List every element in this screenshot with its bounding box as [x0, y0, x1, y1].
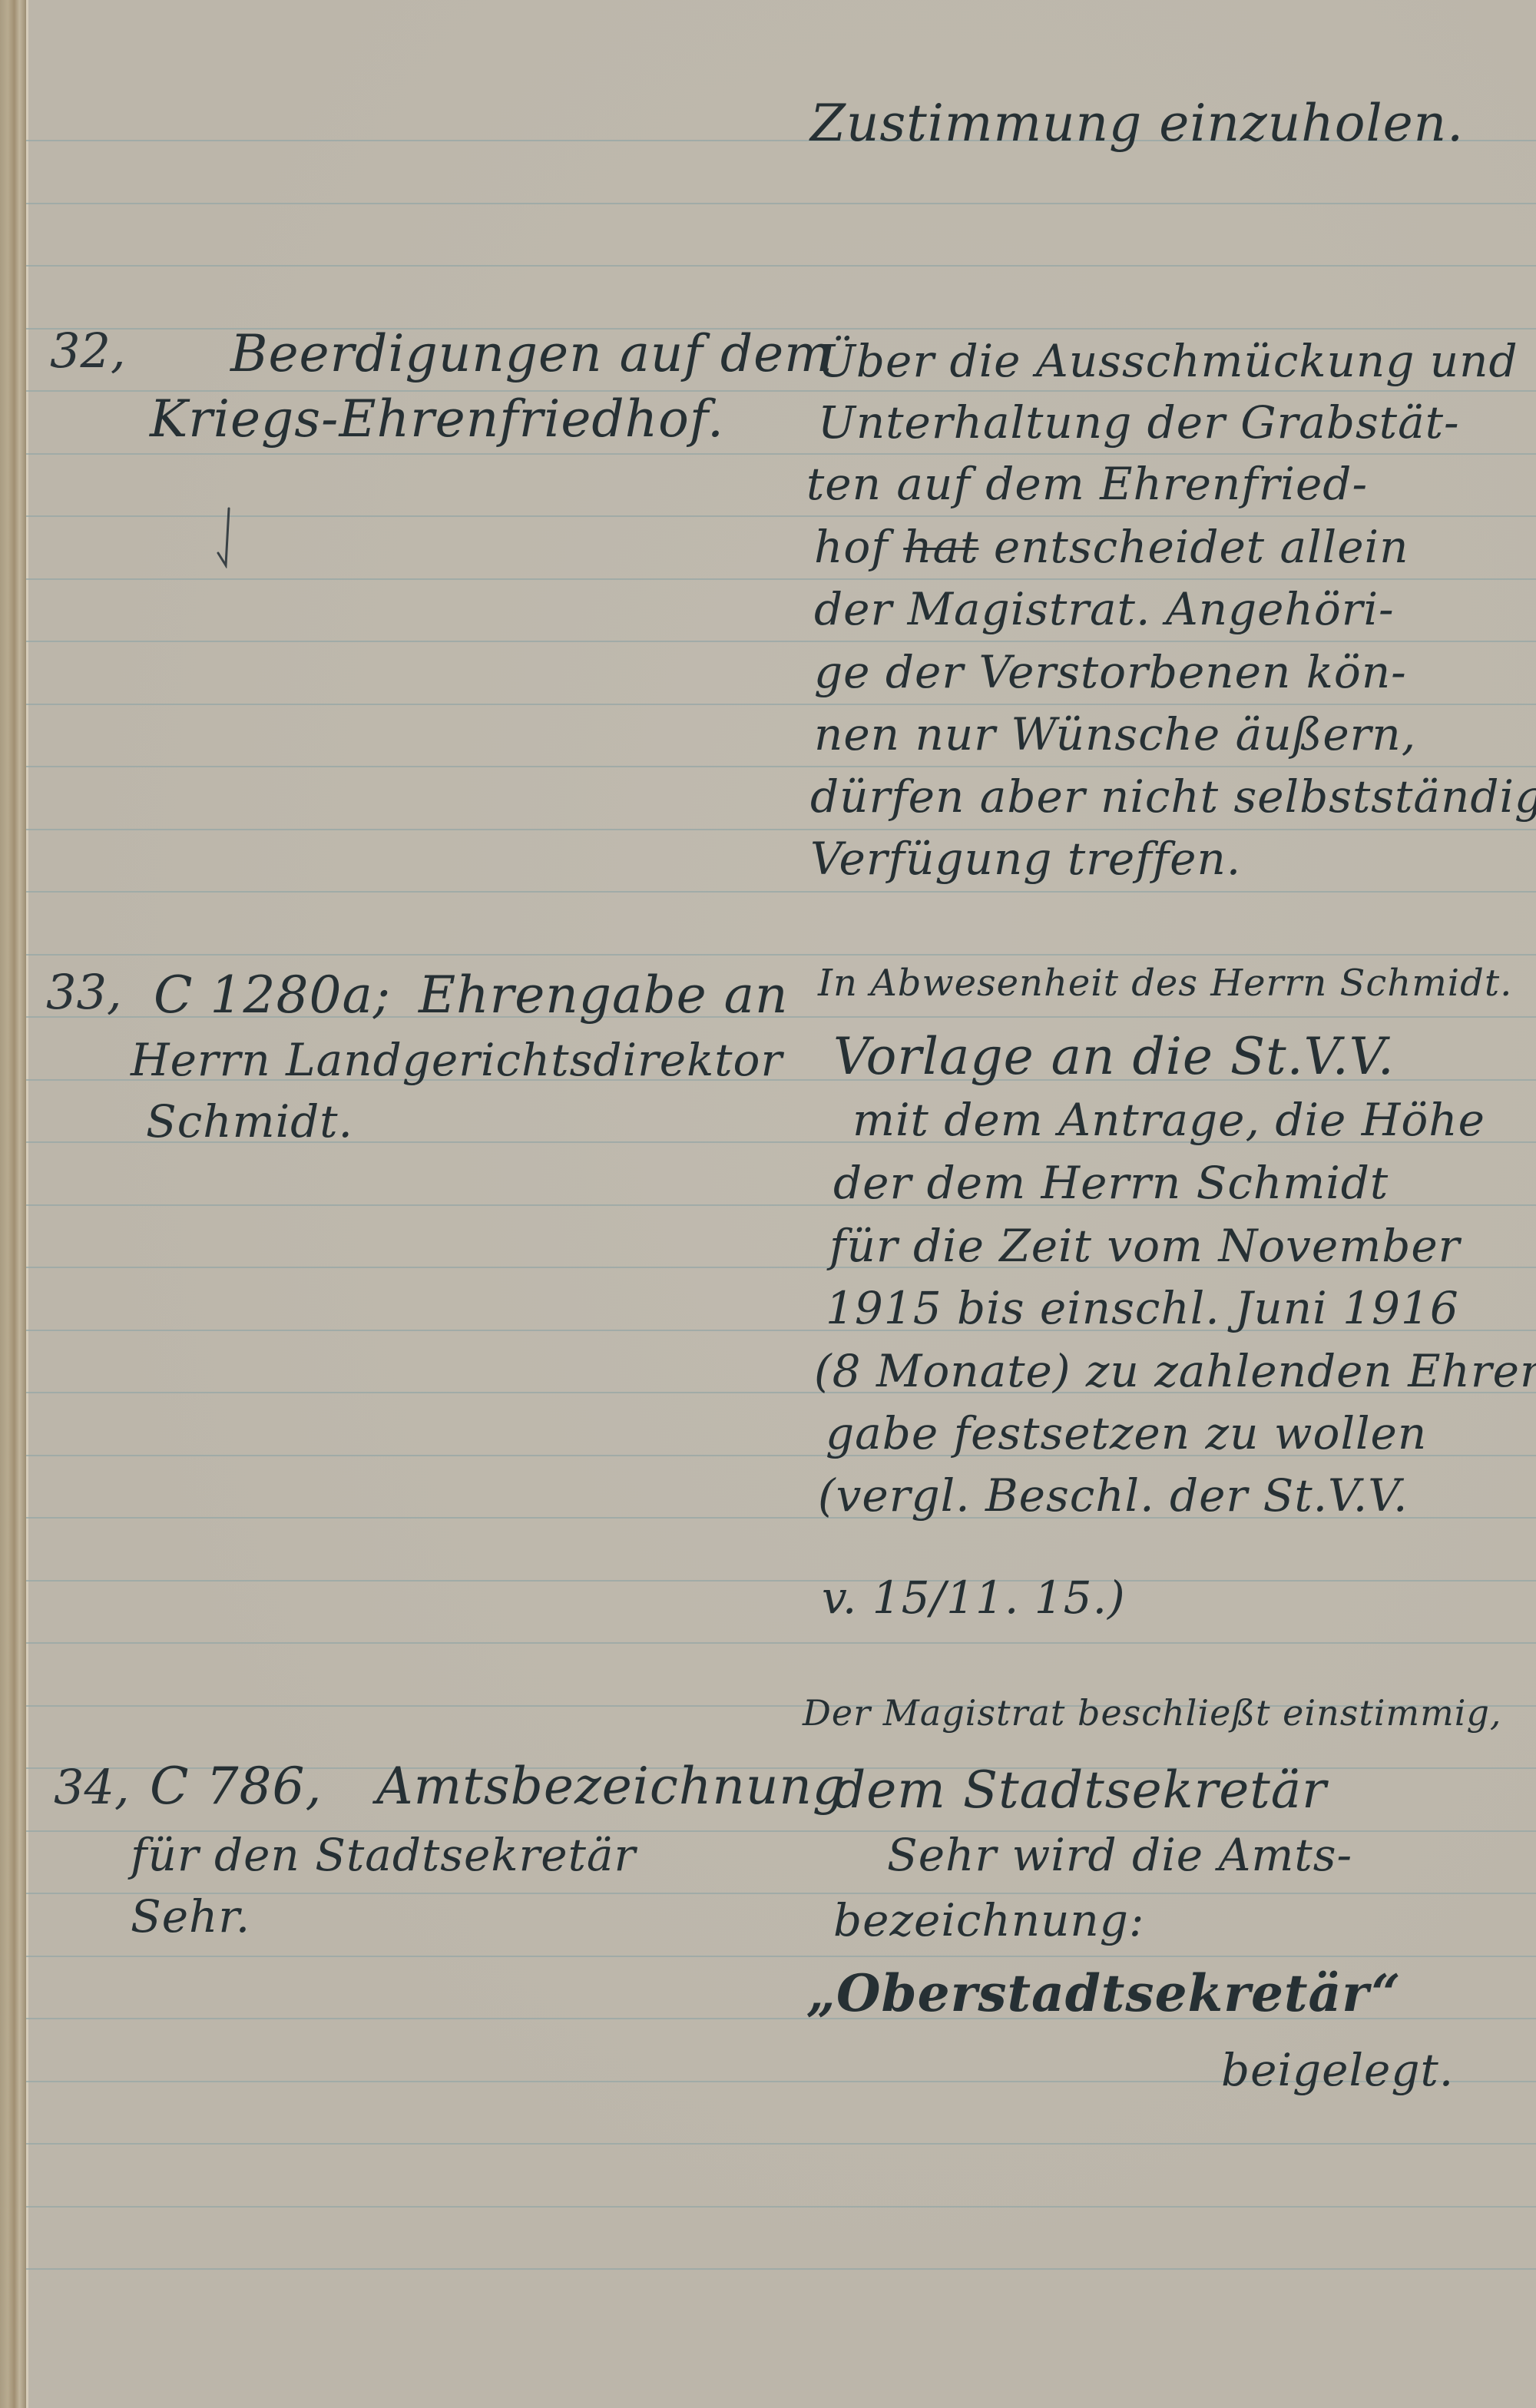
decision-word: entscheidet allein	[994, 521, 1409, 573]
entry-subject-line: Beerdigungen auf dem	[230, 323, 833, 385]
entry-reference: C 786,	[150, 1755, 322, 1817]
ruled-line	[26, 2268, 1536, 2270]
decision-line: In Abwesenheit des Herrn Schmidt.	[818, 952, 1512, 1015]
decision-line: hof hat entscheidet allein	[814, 516, 1409, 578]
decision-line: beigelegt.	[1221, 2039, 1454, 2102]
decision-line: Unterhaltung der Grabstät-	[818, 392, 1460, 454]
decision-line: v. 15/11. 15.)	[822, 1567, 1126, 1629]
page-binding	[0, 0, 26, 2408]
entry-subject-line: Kriegs-Ehrenfriedhof.	[150, 388, 724, 450]
entry-number: 33,	[46, 964, 122, 1020]
decision-line: Vorlage an die St.V.V.	[833, 1025, 1395, 1088]
ruled-line	[26, 1580, 1536, 1582]
ruled-line	[26, 2206, 1536, 2208]
ruled-line	[26, 891, 1536, 893]
decision-line: gabe festsetzen zu wollen	[826, 1403, 1427, 1465]
check-mark-icon	[215, 507, 238, 568]
decision-line: 1915 bis einschl. Juni 1916	[826, 1277, 1459, 1340]
entry-subject-line: Schmidt.	[146, 1091, 353, 1153]
entry-subject-line: Herrn Landgerichtsdirektor	[131, 1029, 783, 1091]
decision-line: „Oberstadtsekretär“	[806, 1963, 1401, 2025]
decision-line: der Magistrat. Angehöri-	[814, 578, 1395, 641]
entry-subject-line: Sehr.	[131, 1886, 250, 1948]
decision-line: mit dem Antrage, die Höhe	[852, 1089, 1485, 1151]
decision-line: nen nur Wünsche äußern,	[814, 704, 1416, 766]
entry-number: 32,	[50, 323, 126, 379]
decision-line: (8 Monate) zu zahlenden Ehren-	[814, 1340, 1536, 1403]
decision-line: der dem Herrn Schmidt	[833, 1152, 1389, 1214]
ruled-line	[26, 1642, 1536, 1644]
ruled-line	[26, 265, 1536, 267]
entry-subject-line: Ehrengabe an	[419, 964, 789, 1026]
decision-line: Verfügung treffen.	[810, 828, 1241, 890]
decision-line: ten auf dem Ehrenfried-	[806, 453, 1368, 515]
entry-subject-line: für den Stadtsekretär	[131, 1824, 636, 1886]
entry-number: 34,	[54, 1759, 130, 1815]
ledger-page: Zustimmung einzuholen. 32, Beerdigungen …	[0, 0, 1536, 2408]
decision-line: für die Zeit vom November	[829, 1215, 1460, 1277]
ruled-line	[26, 1956, 1536, 1957]
continuation-text: Zustimmung einzuholen.	[810, 92, 1464, 154]
ruled-line	[26, 2143, 1536, 2145]
decision-word: hof	[814, 521, 889, 573]
entry-reference: C 1280a;	[154, 964, 391, 1026]
decision-line: ge der Verstorbenen kön-	[814, 641, 1407, 704]
decision-line: (vergl. Beschl. der St.V.V.	[818, 1465, 1408, 1527]
decision-line: Der Magistrat beschließt einstimmig,	[803, 1682, 1502, 1744]
ruled-line	[26, 1893, 1536, 1894]
struck-word: hat	[903, 521, 978, 573]
decision-line: dem Stadtsekretär	[833, 1759, 1327, 1821]
decision-line: dürfen aber nicht selbstständig	[810, 766, 1536, 828]
decision-line: Sehr wird die Amts-	[887, 1824, 1352, 1886]
decision-line: Über die Ausschmückung und	[818, 330, 1518, 393]
entry-subject-line: Amtsbezeichnung	[376, 1755, 846, 1817]
ruled-line	[26, 829, 1536, 830]
decision-line: bezeichnung:	[833, 1890, 1144, 1952]
ruled-line	[26, 203, 1536, 204]
